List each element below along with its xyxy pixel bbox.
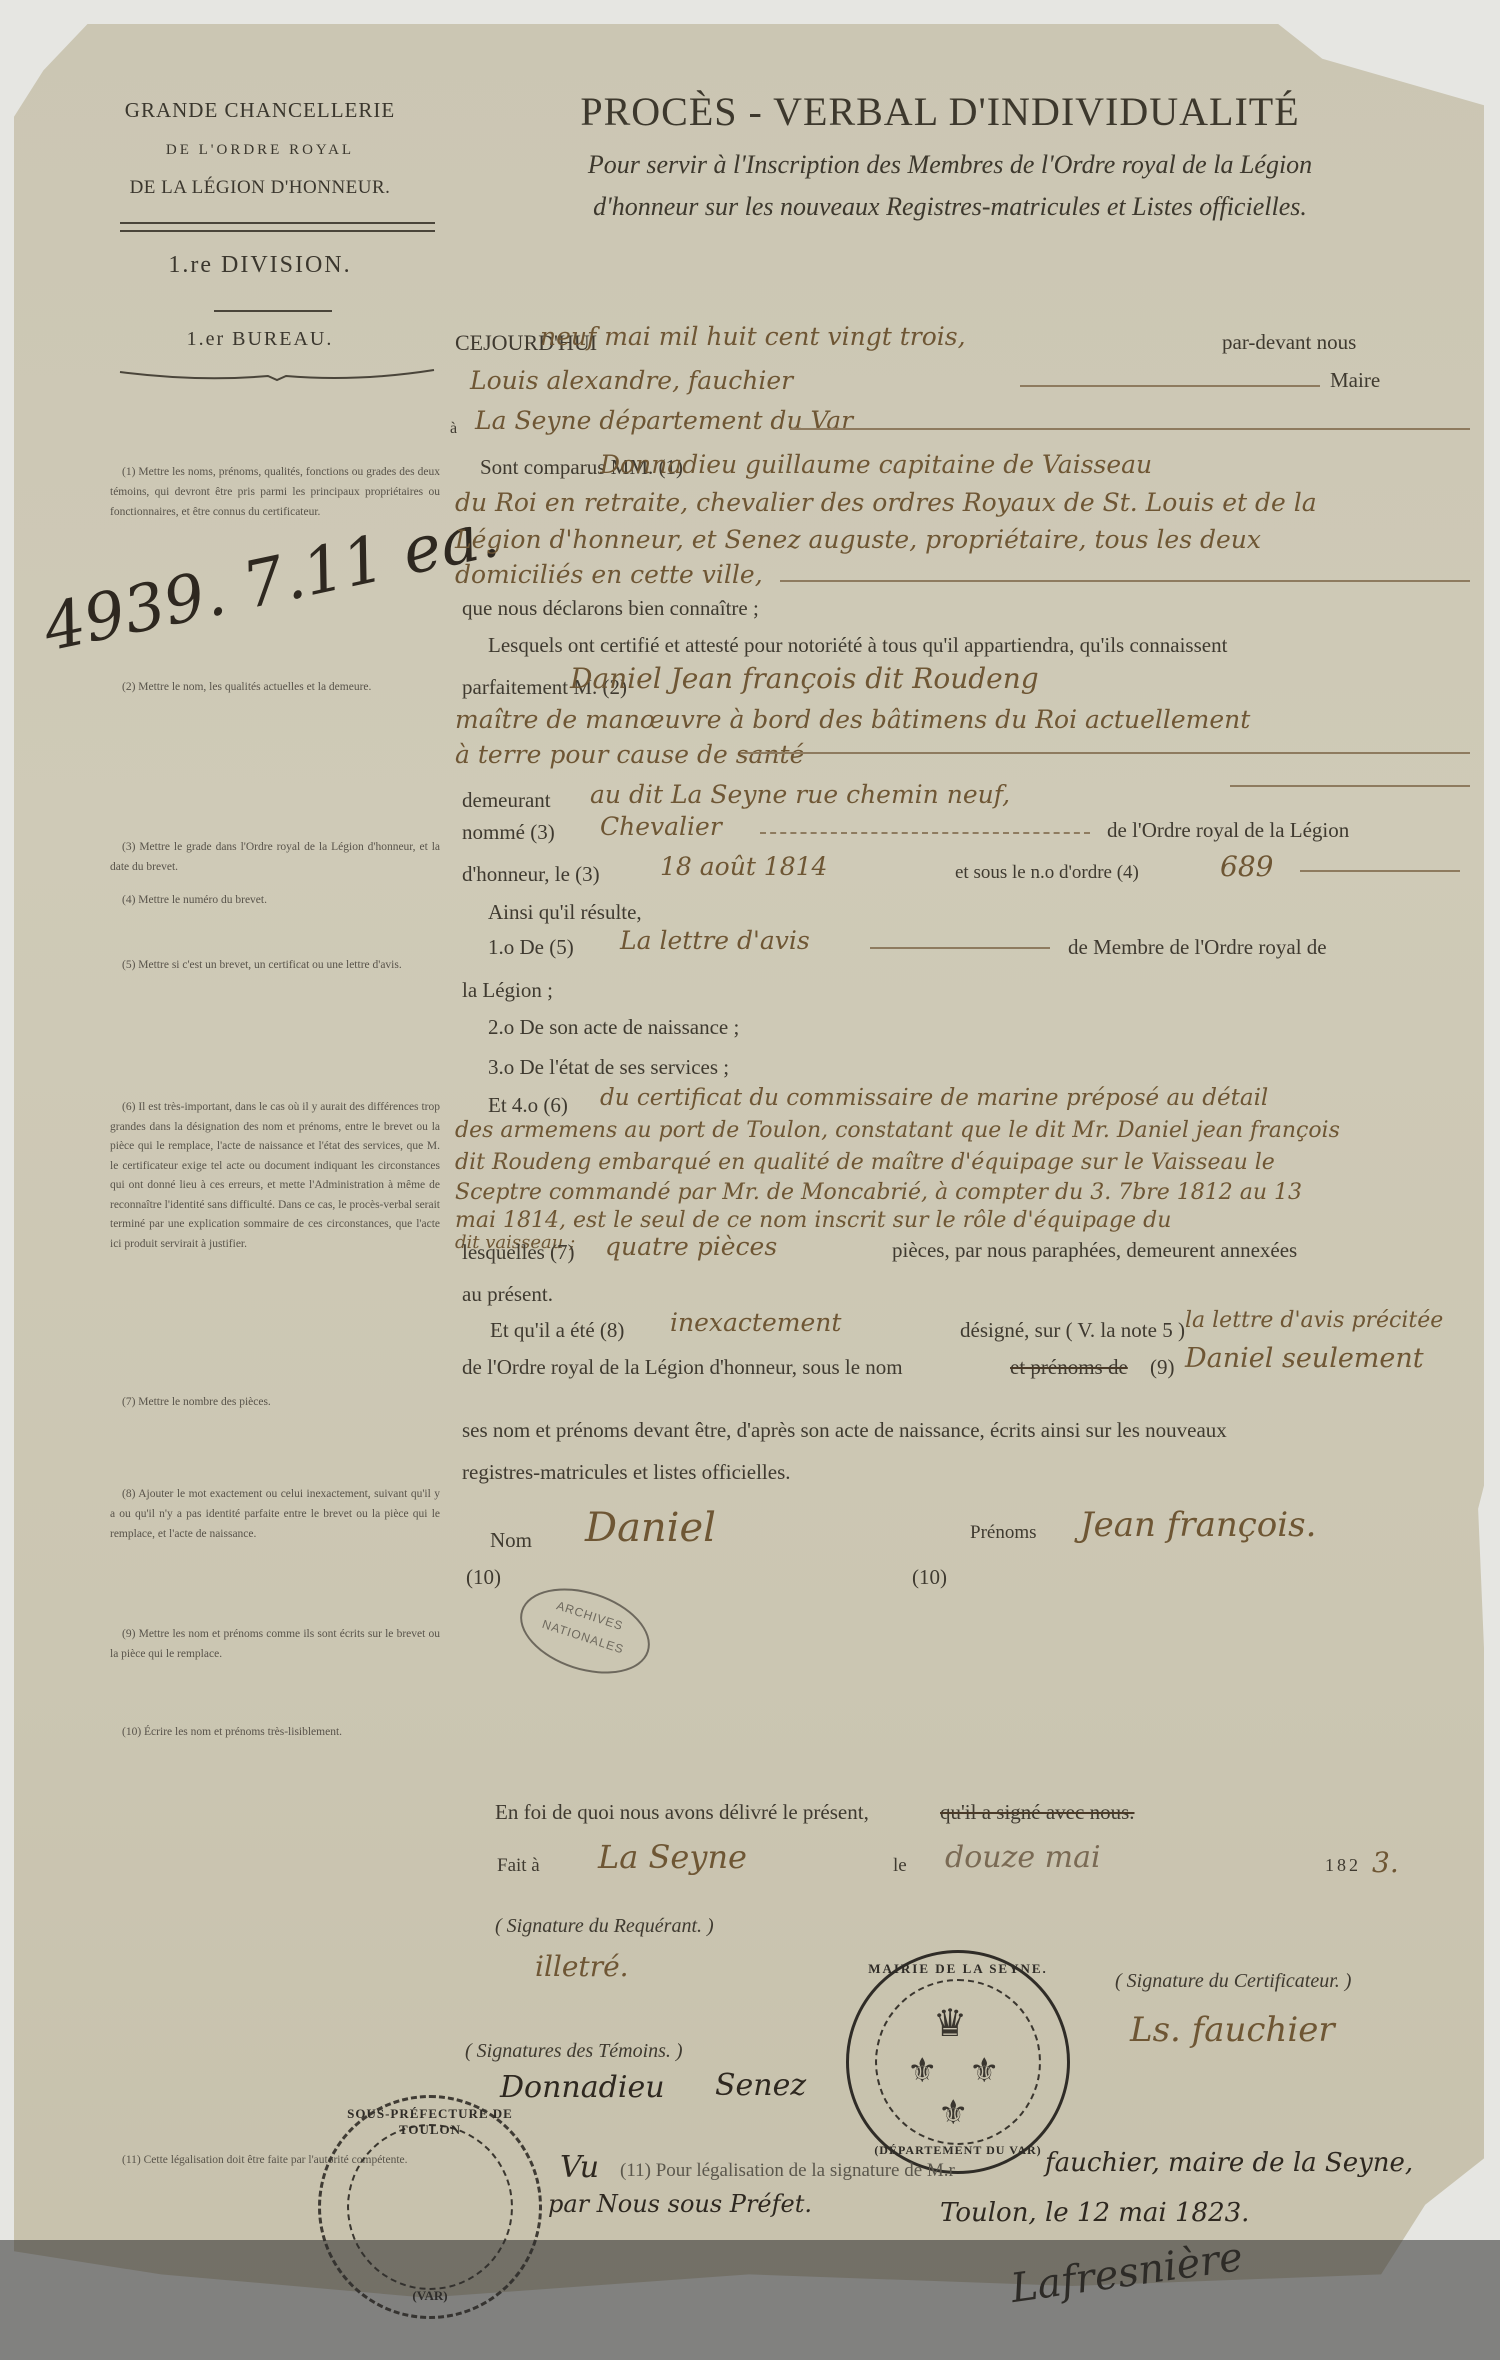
- legalisation-text: (11) Pour légalisation de la signature d…: [620, 2160, 955, 2182]
- ordre-royal-heading: DE L'ORDRE ROYAL: [80, 142, 440, 159]
- registres-text: registres-matricules et listes officiell…: [462, 1460, 791, 1485]
- date-handwritten: neuf mai mil huit cent vingt trois,: [540, 322, 966, 351]
- fill-line: [740, 752, 1470, 754]
- page-title: PROCÈS - VERBAL D'INDIVIDUALITÉ: [460, 88, 1420, 135]
- nomme-label: nommé (3): [462, 820, 555, 845]
- fill-line: [1300, 870, 1460, 872]
- grade-handwritten: Chevalier: [600, 812, 722, 841]
- nom-ref: (10): [466, 1565, 501, 1590]
- footnote-7: (7) Mettre le nombre des pièces.: [110, 1392, 440, 1412]
- subtitle-line-2: d'honneur sur les nouveaux Registres-mat…: [450, 192, 1450, 222]
- mairie-seal-bottom: (DÉPARTEMENT DU VAR): [849, 2143, 1067, 2158]
- footnote-9: (9) Mettre les nom et prénoms comme ils …: [110, 1624, 440, 1664]
- pieces-suffix: pièces, par nous paraphées, demeurent an…: [892, 1238, 1297, 1263]
- legalisation-handwritten: fauchier, maire de la Seyne,: [1045, 2148, 1413, 2178]
- designe-handwritten: inexactement: [670, 1308, 841, 1337]
- temoins-line-3: Légion d'honneur, et Senez auguste, prop…: [455, 525, 1261, 554]
- bureau-label: 1.er BUREAU.: [80, 328, 440, 351]
- item4-label: Et 4.o (6): [488, 1093, 568, 1118]
- rule-divider: [214, 310, 332, 312]
- sig-temoins-label: ( Signatures des Témoins. ): [465, 2040, 683, 2063]
- honneur-label: d'honneur, le (3): [462, 862, 600, 887]
- le-label: le: [893, 1855, 907, 1877]
- sig-requerant-handwritten: illetré.: [535, 1950, 629, 1983]
- sig-certificateur-handwritten: Ls. fauchier: [1130, 2010, 1335, 2050]
- footnote-5: (5) Mettre si c'est un brevet, un certif…: [110, 955, 440, 975]
- designe-handwritten-2: la lettre d'avis précitée: [1185, 1308, 1443, 1333]
- item3-text: 3.o De l'état de ses services ;: [488, 1055, 729, 1080]
- legion-honneur-heading: DE LA LÉGION D'HONNEUR.: [80, 177, 440, 199]
- item4-line-4: Sceptre commandé par Mr. de Moncabrié, à…: [455, 1180, 1302, 1205]
- ordre-label: de l'Ordre royal de la Légion: [1107, 818, 1349, 843]
- numero-label: et sous le n.o d'ordre (4): [955, 862, 1139, 884]
- au-present-text: au présent.: [462, 1282, 553, 1307]
- item1-continuation: la Légion ;: [462, 978, 553, 1003]
- fill-line: [780, 580, 1470, 582]
- numero-handwritten: 689: [1220, 850, 1273, 883]
- ses-nom-text: ses nom et prénoms devant être, d'après …: [462, 1418, 1227, 1443]
- date-brevet-handwritten: 18 août 1814: [660, 852, 827, 881]
- item1-label: 1.o De (5): [488, 935, 574, 960]
- fait-label: Fait à: [497, 1855, 540, 1877]
- designe-prefix: Et qu'il a été (8): [490, 1318, 624, 1343]
- division-label: 1.re DIVISION.: [80, 252, 440, 279]
- footnote-8: (8) Ajouter le mot exactement ou celui i…: [110, 1484, 440, 1544]
- nom-handwritten: Daniel: [585, 1505, 716, 1551]
- footnote-3: (3) Mettre le grade dans l'Ordre royal d…: [110, 837, 440, 877]
- lesquels-text: Lesquels ont certifié et attesté pour no…: [488, 633, 1227, 658]
- crown-icon: ♛: [933, 2001, 967, 2046]
- temoins-line-1: Donnadieu guillaume capitaine de Vaissea…: [600, 450, 1152, 479]
- declarons-text: que nous déclarons bien connaître ;: [462, 596, 759, 621]
- footnote-10: (10) Écrire les nom et prénoms très-lisi…: [110, 1722, 440, 1742]
- fill-line: [1230, 785, 1470, 787]
- designe-mid: désigné, sur ( V. la note 5 ): [960, 1318, 1185, 1343]
- footnote-1: (1) Mettre les noms, prénoms, qualités, …: [110, 462, 440, 522]
- demeurant-handwritten: au dit La Seyne rue chemin neuf,: [590, 780, 1010, 809]
- membre-line-1: Daniel Jean françois dit Roudeng: [570, 662, 1039, 695]
- maire-name-handwritten: Louis alexandre, fauchier: [470, 366, 793, 395]
- par-nous-handwritten: par Nous sous Préfet.: [548, 2190, 812, 2218]
- sig-temoin-2: Senez: [715, 2068, 806, 2103]
- fill-line: [760, 832, 1090, 834]
- temoins-line-2: du Roi en retraite, chevalier des ordres…: [455, 488, 1317, 517]
- item4-line-2: des armemens au port de Toulon, constata…: [455, 1118, 1340, 1143]
- item1-handwritten: La lettre d'avis: [620, 926, 810, 955]
- demeurant-label: demeurant: [462, 788, 551, 813]
- pieces-handwritten: quatre pièces: [605, 1232, 777, 1261]
- en-foi-text: En foi de quoi nous avons délivré le pré…: [495, 1800, 869, 1825]
- le-handwritten: douze mai: [945, 1840, 1101, 1875]
- prenoms-handwritten: Jean françois.: [1080, 1505, 1316, 1545]
- footnote-4: (4) Mettre le numéro du brevet.: [110, 890, 440, 910]
- maire-label: Maire: [1330, 368, 1380, 393]
- fleur-de-lis-icon: ⚜: [907, 2051, 937, 2091]
- sous-nom-ref: (9): [1150, 1355, 1175, 1380]
- lesquelles-label: lesquelles (7): [462, 1240, 575, 1265]
- footnote-2: (2) Mettre le nom, les qualités actuelle…: [110, 677, 440, 697]
- a-label: à: [450, 420, 457, 438]
- fill-line: [870, 947, 1050, 949]
- item4-line-5: mai 1814, est le seul de ce nom inscrit …: [455, 1208, 1171, 1233]
- year-print: 182: [1325, 1855, 1361, 1876]
- prenoms-ref: (10): [912, 1565, 947, 1590]
- ainsi-text: Ainsi qu'il résulte,: [488, 900, 642, 925]
- nom-label: Nom: [490, 1528, 532, 1553]
- item4-line-3: dit Roudeng embarqué en qualité de maîtr…: [455, 1150, 1275, 1175]
- sig-certificateur-label: ( Signature du Certificateur. ): [1115, 1970, 1351, 1993]
- mairie-seal-top: MAIRIE DE LA SEYNE.: [849, 1961, 1067, 1977]
- item2-text: 2.o De son acte de naissance ;: [488, 1015, 739, 1040]
- footnote-6: (6) Il est très-important, dans le cas o…: [110, 1098, 440, 1254]
- item4-line-1: du certificat du commissaire de marine p…: [600, 1085, 1268, 1111]
- sous-nom-handwritten: Daniel seulement: [1185, 1343, 1424, 1374]
- fill-line: [1020, 385, 1320, 387]
- struck-text: et prénoms de: [1010, 1355, 1128, 1380]
- membre-line-3: à terre pour cause de santé: [455, 740, 804, 769]
- sig-temoin-1: Donnadieu: [500, 2070, 665, 2105]
- membre-line-2: maître de manœuvre à bord des bâtimens d…: [455, 705, 1250, 734]
- subtitle-line-1: Pour servir à l'Inscription des Membres …: [450, 150, 1450, 180]
- mairie-seal: MAIRIE DE LA SEYNE. (DÉPARTEMENT DU VAR)…: [846, 1950, 1070, 2174]
- flourish-ornament: [118, 368, 436, 382]
- fleur-de-lis-icon: ⚜: [969, 2051, 999, 2091]
- fait-handwritten: La Seyne: [598, 1838, 747, 1876]
- par-devant-label: par-devant nous: [1222, 330, 1356, 355]
- toulon-date-handwritten: Toulon, le 12 mai 1823.: [940, 2198, 1249, 2228]
- year-handwritten: 3.: [1372, 1846, 1399, 1879]
- vu-handwritten: Vu: [560, 2150, 599, 2185]
- commune-handwritten: La Seyne département du Var: [475, 406, 853, 435]
- struck-signature-text: qu'il a signé avec nous.: [940, 1800, 1135, 1825]
- item1-suffix: de Membre de l'Ordre royal de: [1068, 935, 1327, 960]
- sig-requerant-label: ( Signature du Requérant. ): [495, 1915, 714, 1938]
- bottom-overlay-band: [0, 2240, 1500, 2360]
- fleur-de-lis-icon: ⚜: [938, 2093, 968, 2133]
- chancellerie-heading: GRANDE CHANCELLERIE: [80, 98, 440, 123]
- sous-nom-prefix: de l'Ordre royal de la Légion d'honneur,…: [462, 1355, 903, 1380]
- fill-line: [790, 428, 1470, 430]
- double-rule-divider: [120, 222, 435, 232]
- prenoms-label: Prénoms: [970, 1522, 1037, 1544]
- sous-prefecture-seal-top: SOUS-PRÉFECTURE DE TOULON: [321, 2106, 539, 2138]
- temoins-line-4: domiciliés en cette ville,: [455, 560, 763, 589]
